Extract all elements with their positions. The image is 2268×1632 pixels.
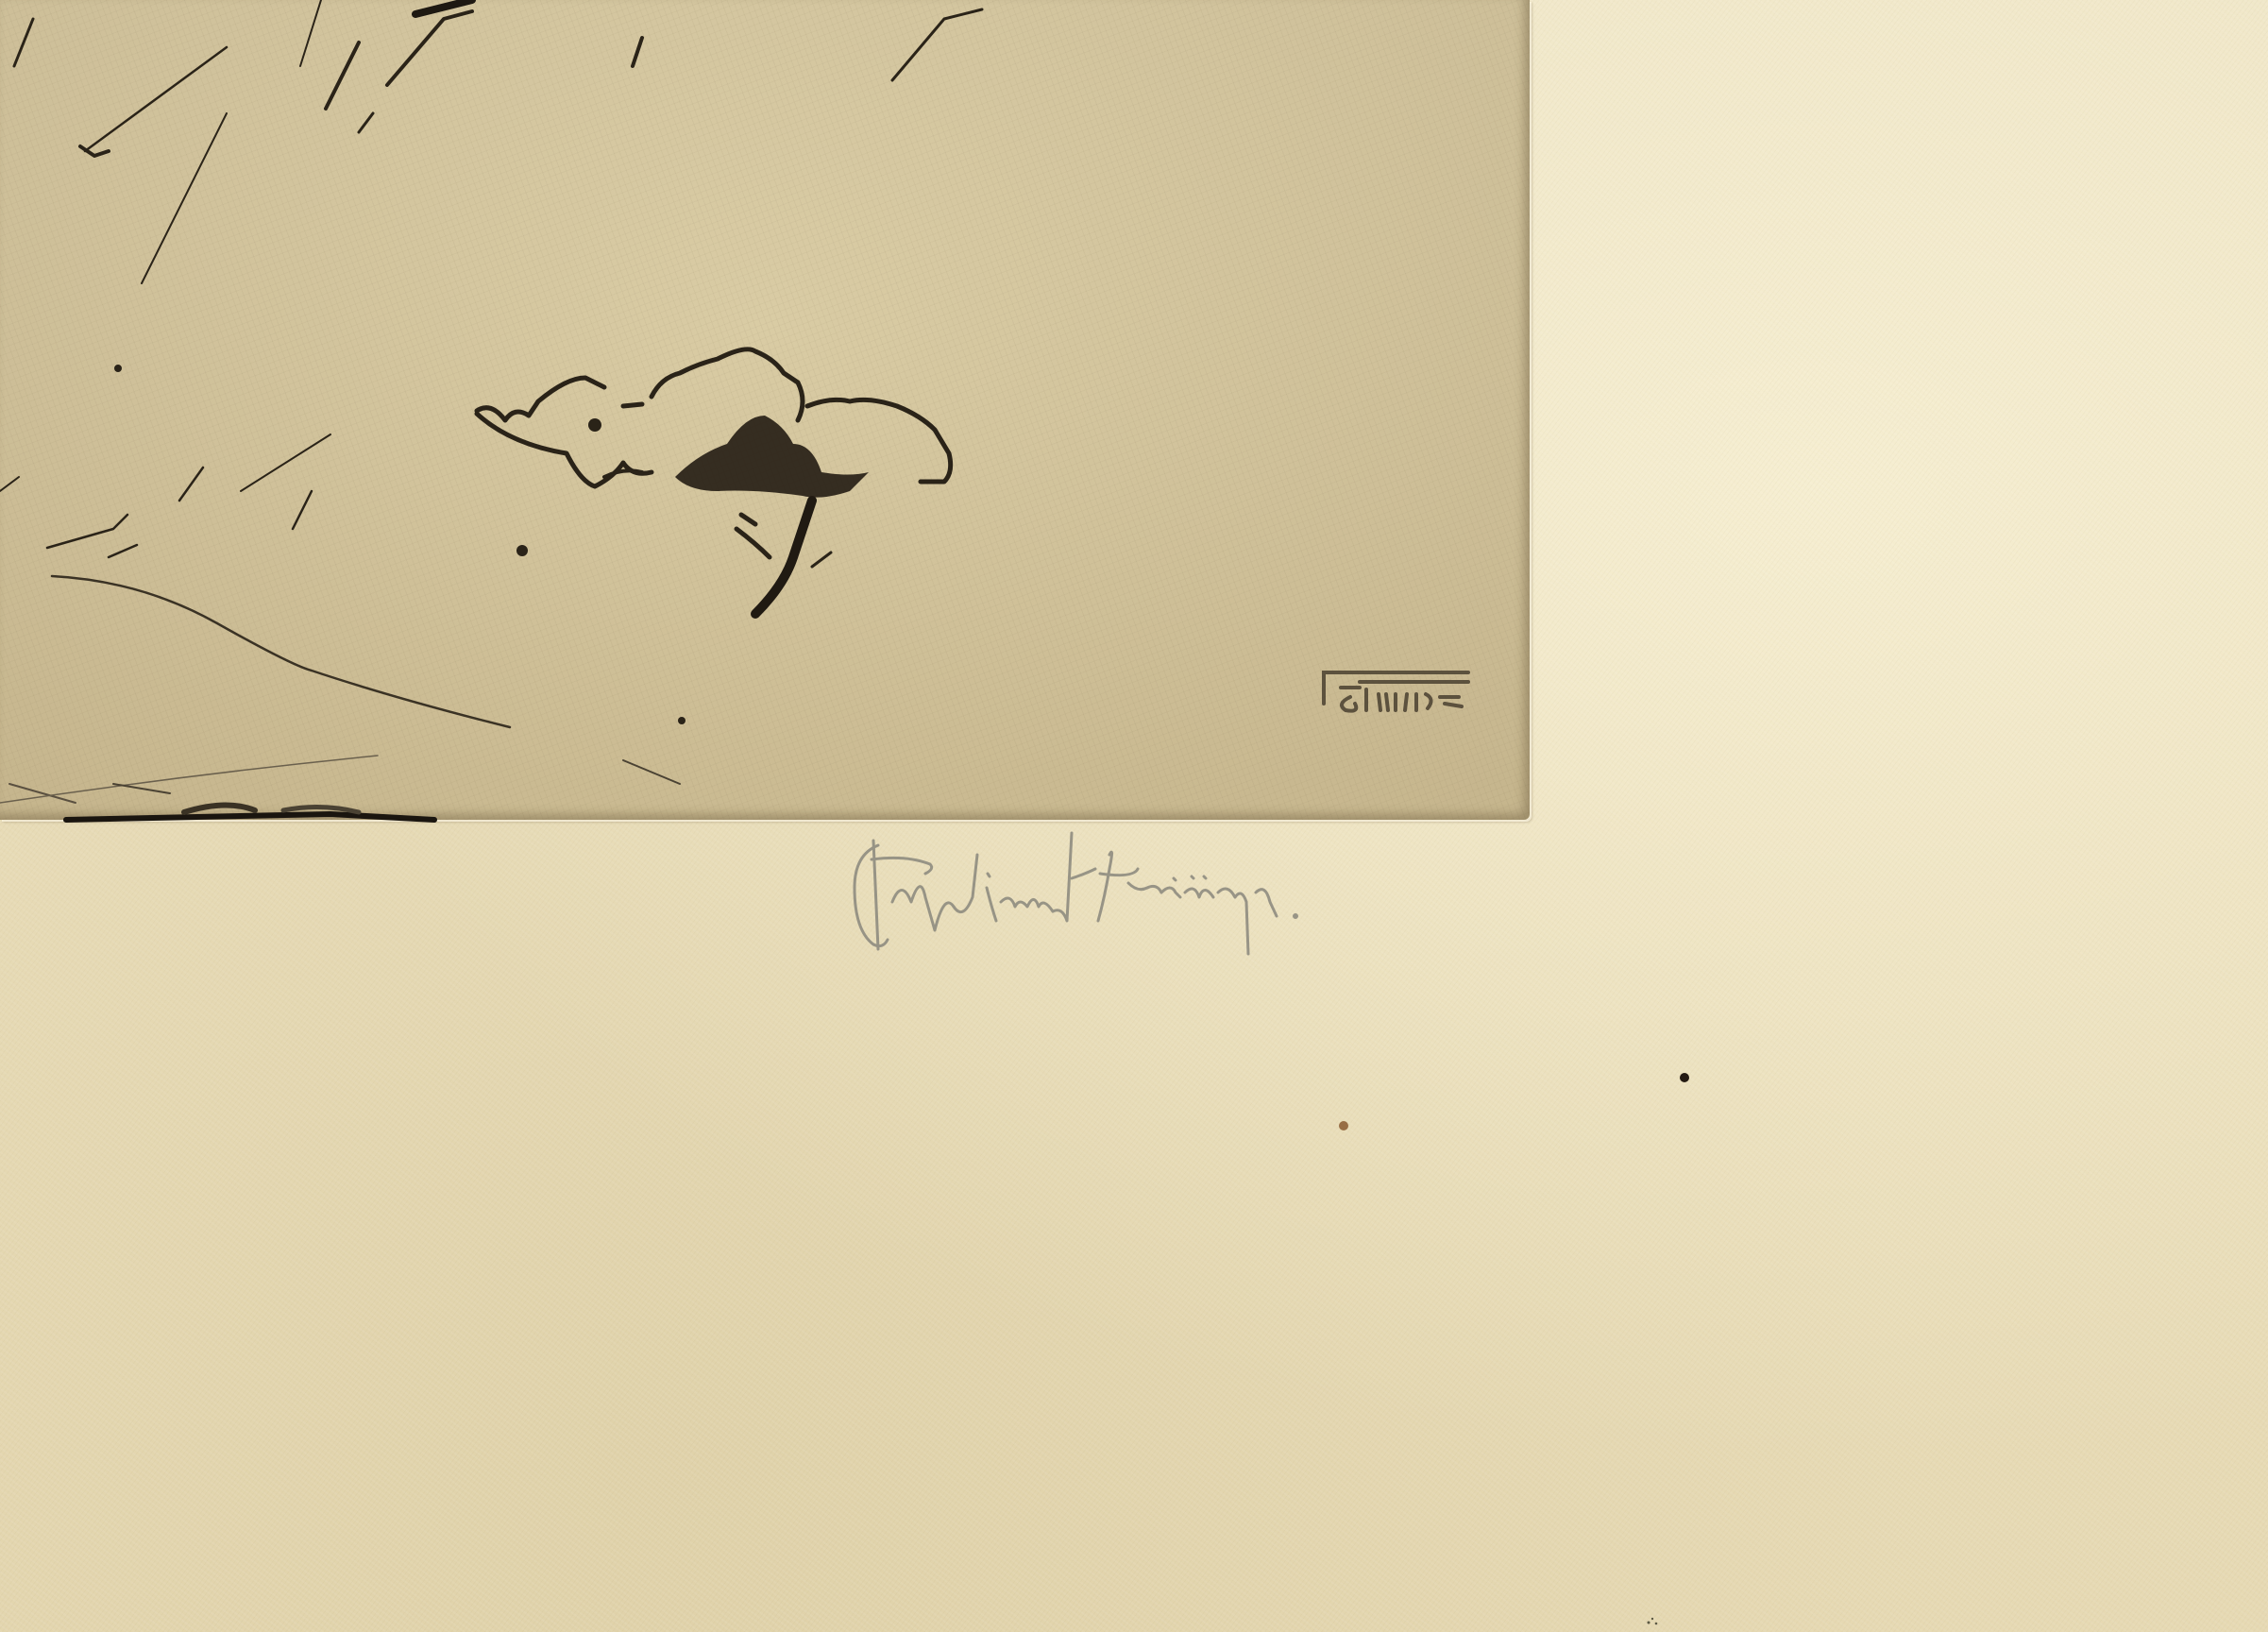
foxing-spot xyxy=(1339,1121,1348,1130)
paper-spots xyxy=(0,0,2268,1632)
artwork-photo: FStne Ferdinand Steiniger xyxy=(0,0,2268,1632)
debris-speck xyxy=(1648,1618,1658,1624)
ink-spot xyxy=(1680,1073,1689,1082)
